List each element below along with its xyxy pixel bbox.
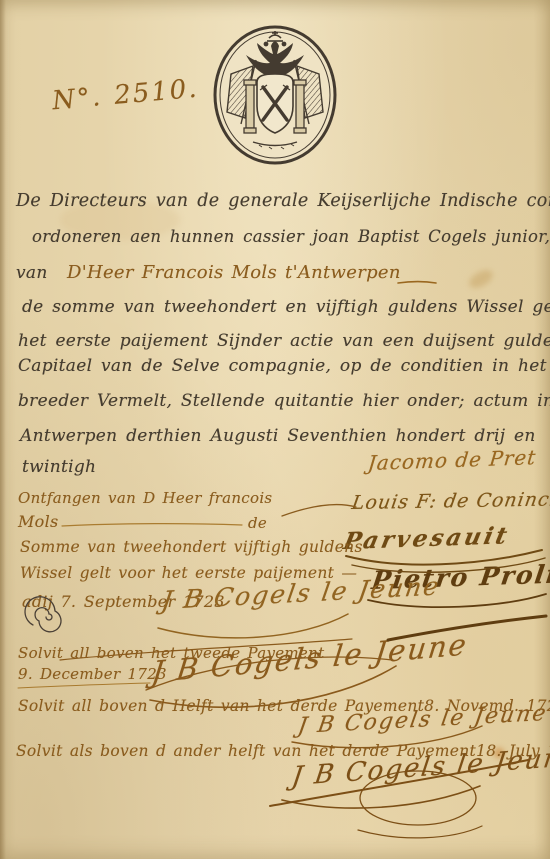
paper-stain xyxy=(466,266,496,291)
signature-illegible-flourish: Parvesauit xyxy=(341,522,512,555)
body-line-8: Antwerpen derthien Augusti Seventhien ho… xyxy=(20,426,536,446)
coninck-swash xyxy=(282,504,356,516)
body-line-5: het eerste paijement Sijnder actie van e… xyxy=(18,331,550,351)
receipt-line-3: Somme van tweehondert vijftigh guldens xyxy=(20,538,363,556)
mols-rule xyxy=(62,524,242,526)
receipt-line-2-tail: de xyxy=(248,514,267,532)
document-number: N°. 2510. xyxy=(51,74,200,117)
body-line-1: De Directeurs van de generale Keijserlij… xyxy=(16,191,550,211)
signature-cogels-solvit-1: J B Cogels le Jeune xyxy=(150,627,470,689)
body-line-6: Capitael van de Selve compagnie, op de c… xyxy=(18,356,550,376)
signature-louis-de-coninck: Louis F: de Coninck xyxy=(350,488,550,514)
share-receipt-document: N°. 2510. De Directeurs van de generale … xyxy=(0,0,550,859)
solvit3-tail xyxy=(358,826,482,838)
body-line-3: van D'Heer Francois Mols t'Antwerpen xyxy=(16,262,401,283)
receipt-sig-swash xyxy=(158,614,348,638)
body-line-7: breeder Vermelt, Stellende quitantie hie… xyxy=(18,391,550,411)
solvit-1-date: 9. December 1723 xyxy=(18,665,167,683)
solvit1-date-underline xyxy=(18,683,150,688)
payee-trailing-dash xyxy=(398,282,436,284)
body-line-9: twintigh xyxy=(22,457,96,477)
receipt-line-2-name: Mols xyxy=(18,512,59,531)
company-seal-double-eagle xyxy=(211,24,339,166)
receipt-line-1: Ontfangen van D Heer francois xyxy=(18,489,272,507)
body-line-3-prefix: van xyxy=(16,263,48,283)
payee-name: D'Heer Francois Mols t'Antwerpen xyxy=(67,262,401,283)
body-line-4: de somme van tweehondert en vijftigh gul… xyxy=(22,297,550,317)
signature-jacomo-de-pret: Jacomo de Pret xyxy=(367,445,538,475)
body-line-2: ordoneren aen hunnen cassier joan Baptis… xyxy=(32,227,550,246)
